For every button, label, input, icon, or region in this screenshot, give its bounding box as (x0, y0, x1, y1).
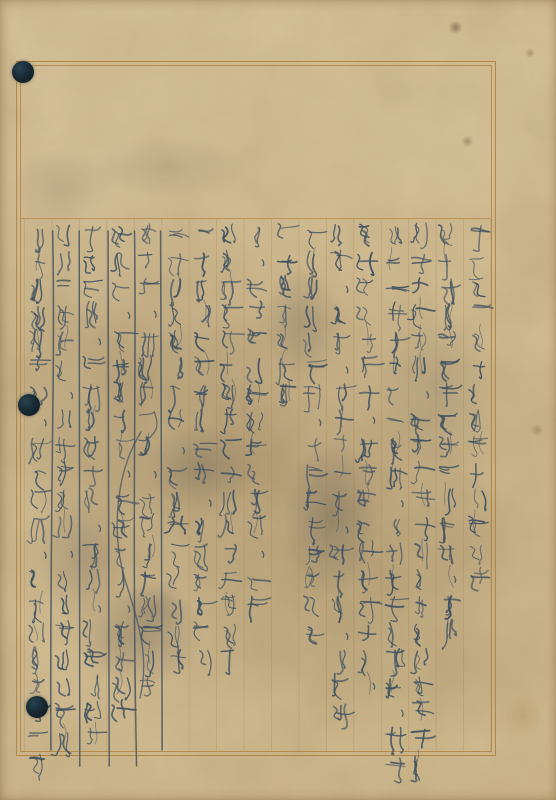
manuscript-column (218, 224, 244, 674)
manuscript-column (304, 230, 328, 644)
manuscript-column (138, 224, 162, 750)
manuscript-column (276, 224, 299, 406)
manuscript-column (386, 226, 410, 782)
manuscript-column (468, 226, 492, 591)
handwriting-flourish (117, 432, 144, 698)
manuscript-column (83, 227, 109, 766)
manuscript-column (164, 230, 189, 674)
manuscript-column (438, 224, 462, 649)
manuscript-page (0, 0, 556, 800)
punch-hole-top (12, 61, 34, 83)
punch-hole-middle (18, 394, 40, 416)
manuscript-column (356, 224, 384, 694)
manuscript-column (51, 225, 80, 766)
manuscript-column (330, 225, 357, 729)
manuscript-column (194, 229, 218, 675)
manuscript-column (246, 227, 271, 622)
manuscript-column (408, 223, 435, 781)
handwriting-layer (0, 0, 556, 800)
punch-hole-bottom (26, 696, 48, 718)
